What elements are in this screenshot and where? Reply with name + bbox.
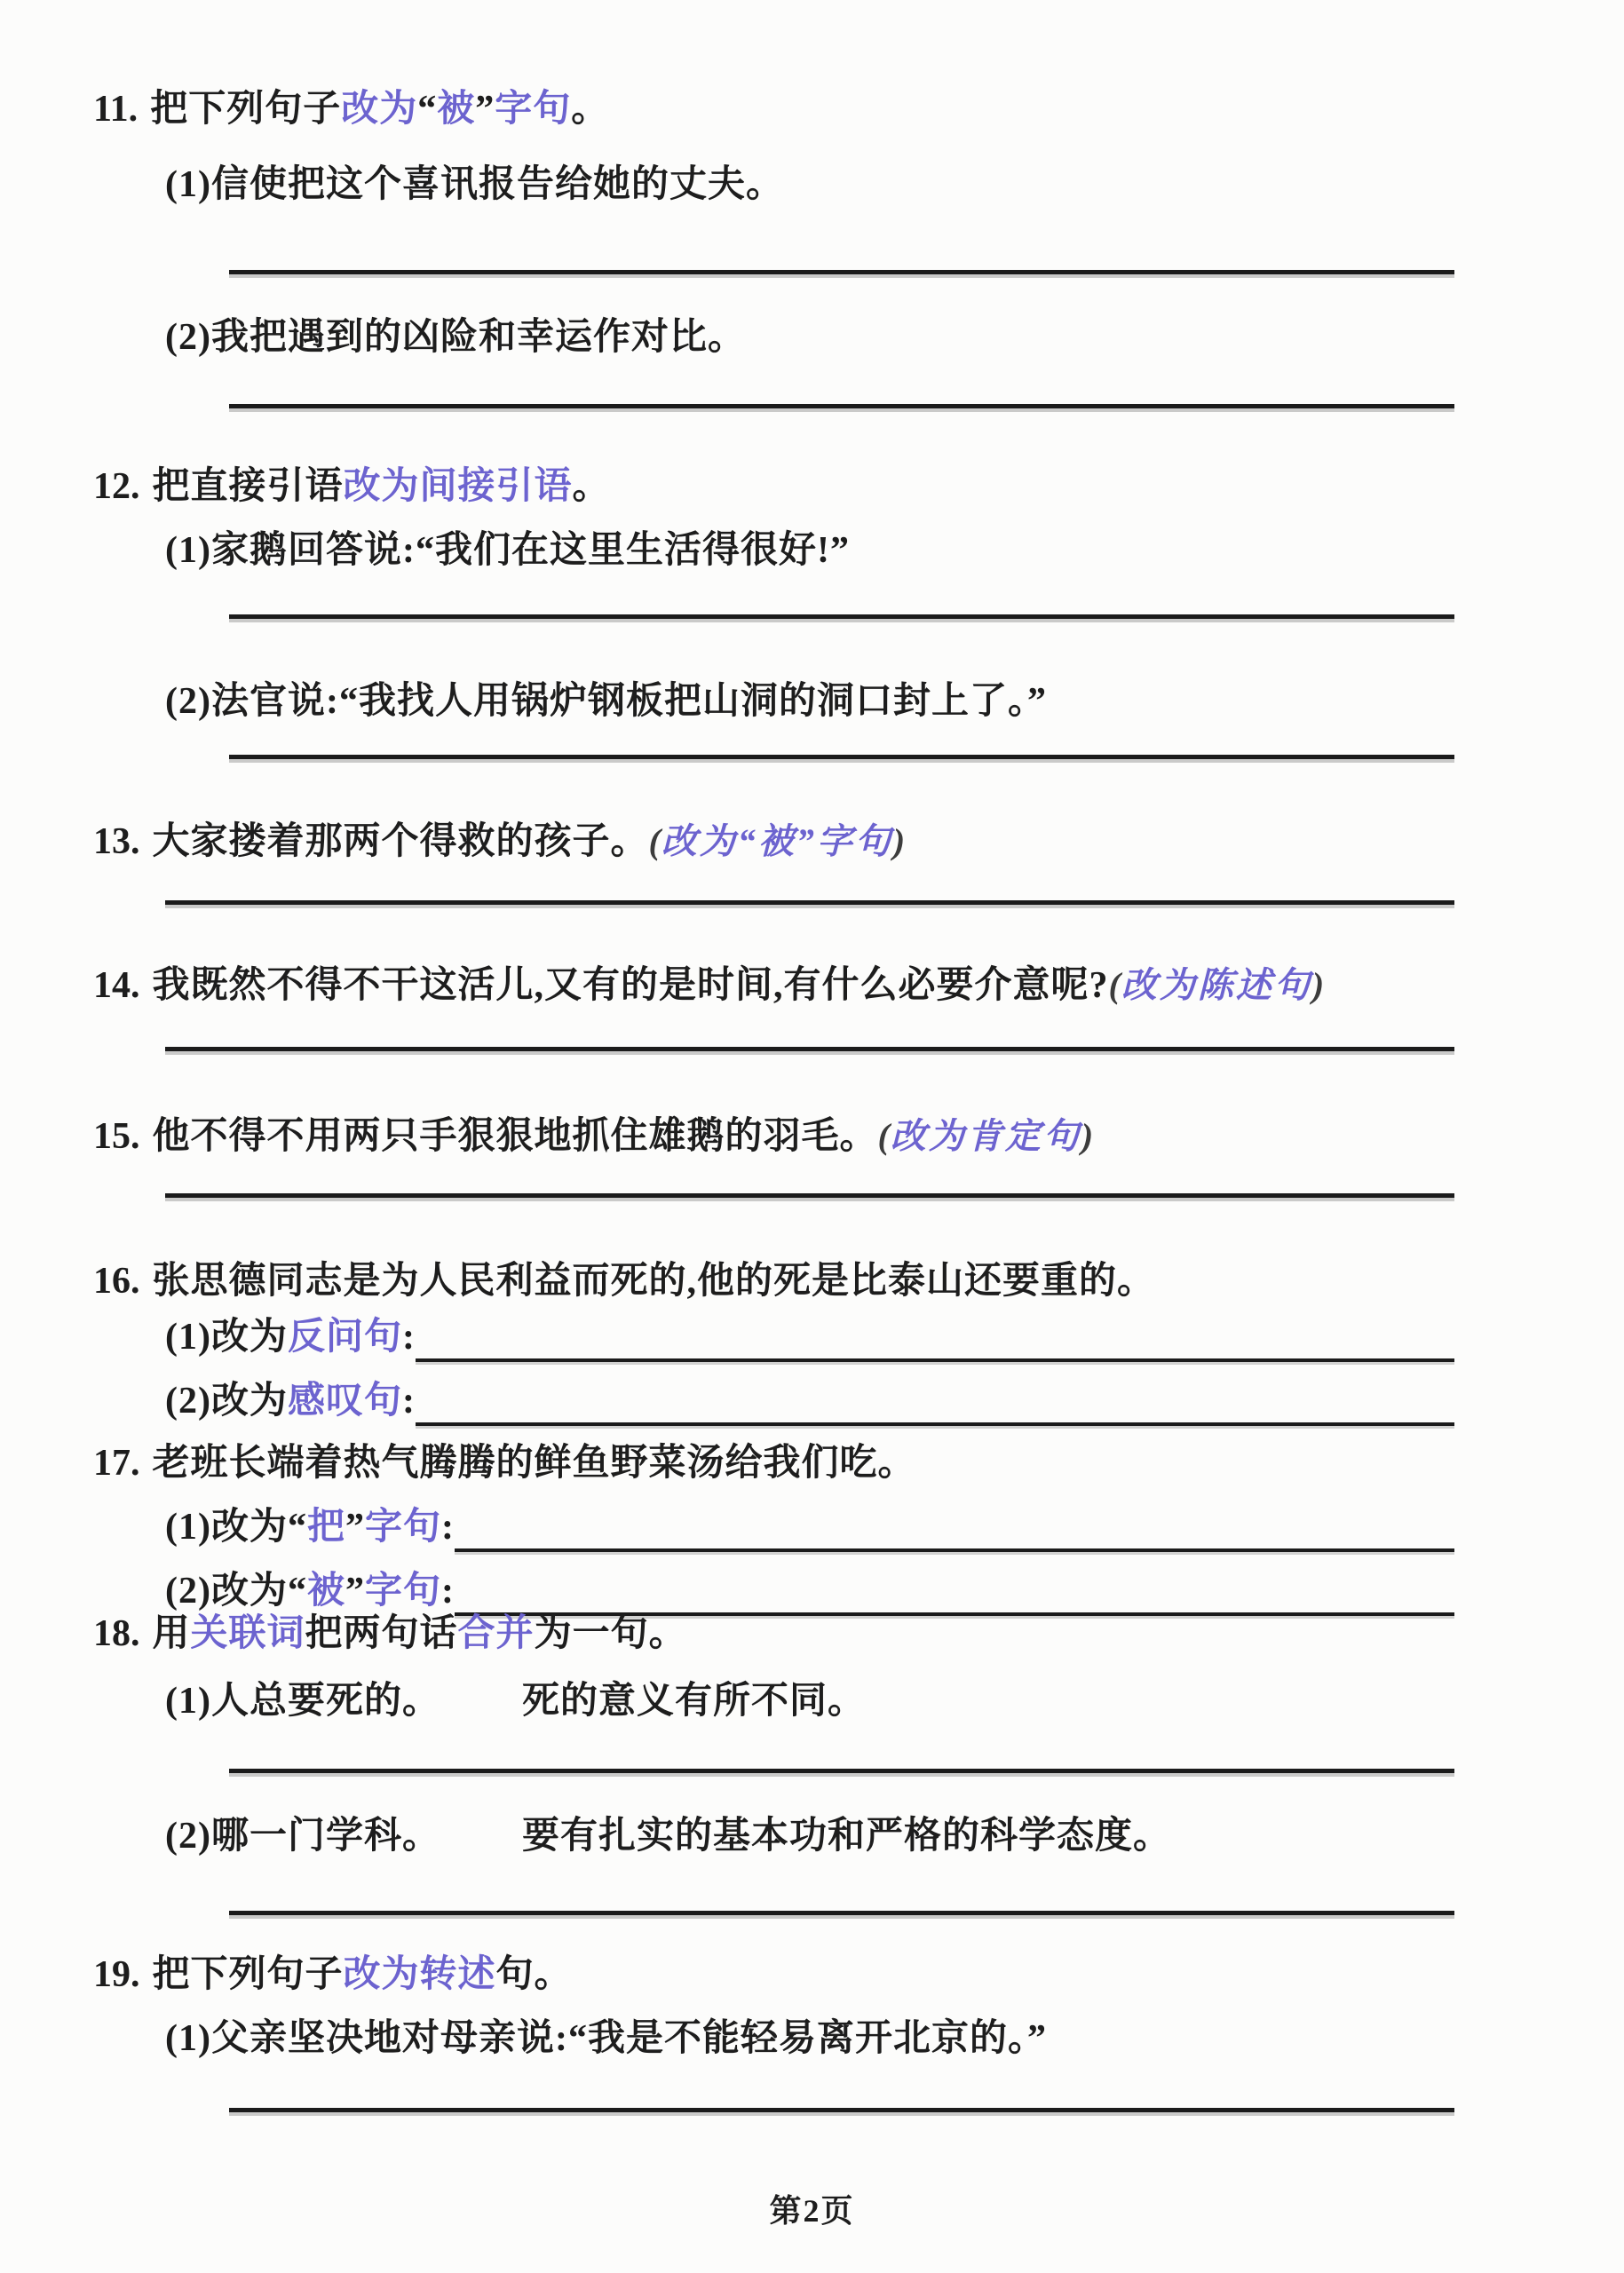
text-segment: 。: [571, 89, 609, 130]
hint-text: 改为肯定句: [891, 1116, 1081, 1156]
text-segment: 把下列句子: [150, 89, 341, 130]
question-13: 13. 大家搂着那两个得救的孩子。(改为“被”字句): [93, 817, 906, 867]
question-15: 15. 他不得不用两只手狠狠地抓住雄鹅的羽毛。(改为肯定句): [93, 1112, 1094, 1161]
text-segment-highlight: 合并: [458, 1613, 535, 1654]
question-17-number: 17.: [93, 1438, 140, 1488]
question-16-number: 16.: [93, 1256, 140, 1306]
question-15-text: 他不得不用两只手狠狠地抓住雄鹅的羽毛。(改为肯定句): [153, 1112, 1095, 1161]
question-13-number: 13.: [93, 817, 140, 867]
question-16-text: 张思德同志是为人民利益而死的,他的死是比泰山还要重的。: [153, 1256, 1156, 1306]
text-segment: 把两句话: [305, 1613, 458, 1654]
subitem-11-2: (2)我把遇到的凶险和幸运作对比。: [165, 313, 746, 362]
subitem-text: (1)信使把这个喜讯报告给她的丈夫。: [165, 164, 784, 205]
question-16: 16. 张思德同志是为人民利益而死的,他的死是比泰山还要重的。: [93, 1256, 1155, 1306]
answer-line: [229, 755, 1454, 759]
text-segment-highlight: 被: [437, 89, 475, 130]
answer-line: [165, 1193, 1454, 1198]
hint-text: 改为陈述句: [1121, 965, 1312, 1005]
subitem-18-2: (2)哪一门学科。要有扎实的基本功和严格的科学态度。: [165, 1811, 1171, 1861]
subitem-label: (1)改为“: [165, 1502, 307, 1552]
question-11: 11. 把下列句子改为“被”字句。: [93, 84, 609, 134]
text-segment-highlight: 字句: [495, 89, 571, 130]
text-segment: 把下列句子: [153, 1954, 344, 1995]
hint-paren: ): [1312, 965, 1325, 1005]
blank-underline: [416, 1319, 1454, 1362]
question-13-text: 大家搂着那两个得救的孩子。(改为“被”字句): [153, 817, 907, 867]
subitem-label: (2)改为: [165, 1376, 288, 1426]
question-12: 12. 把直接引语改为间接引语。: [93, 462, 611, 511]
subitem-16-1: (1)改为反问句:: [165, 1312, 1454, 1362]
question-14: 14. 我既然不得不干这活儿,又有的是时间,有什么必要介意呢?(改为陈述句): [93, 961, 1325, 1010]
answer-line: [229, 614, 1454, 619]
text-segment: 。: [573, 466, 611, 507]
subitem-text: (2)我把遇到的凶险和幸运作对比。: [165, 317, 746, 358]
question-17-text: 老班长端着热气腾腾的鲜鱼野菜汤给我们吃。: [153, 1438, 916, 1488]
blank-underline: [416, 1383, 1454, 1426]
subitem-19-1: (1)父亲坚决地对母亲说:“我是不能轻易离开北京的。”: [165, 2014, 1047, 2063]
question-18: 18. 用关联词把两句话合并为一句。: [93, 1609, 687, 1659]
text-segment-highlight: 反问句: [288, 1312, 402, 1362]
hint-paren: (: [1109, 965, 1121, 1005]
question-12-text: 把直接引语改为间接引语。: [153, 462, 611, 511]
text-segment: 我既然不得不干这活儿,又有的是时间,有什么必要介意呢?: [153, 965, 1109, 1006]
question-17: 17. 老班长端着热气腾腾的鲜鱼野菜汤给我们吃。: [93, 1438, 916, 1488]
text-segment: 用: [153, 1613, 191, 1654]
answer-line: [229, 1911, 1454, 1915]
text-segment: :: [441, 1502, 455, 1552]
text-segment: ”: [475, 89, 495, 130]
question-18-number: 18.: [93, 1609, 140, 1659]
question-19: 19. 把下列句子改为转述句。: [93, 1950, 573, 2000]
subitem-label: (1)改为: [165, 1312, 288, 1362]
text-segment: “: [417, 89, 437, 130]
text-segment: 为一句。: [535, 1613, 687, 1654]
subitem-text: 要有扎实的基本功和严格的科学态度。: [522, 1816, 1171, 1857]
question-12-number: 12.: [93, 462, 140, 511]
text-segment-highlight: 把: [307, 1502, 345, 1552]
subitem-16-2: (2)改为感叹句:: [165, 1376, 1454, 1426]
text-segment: ”: [345, 1502, 365, 1552]
answer-line: [165, 1047, 1454, 1051]
text-segment-highlight: 字句: [365, 1502, 441, 1552]
subitem-text: (2)哪一门学科。: [165, 1816, 440, 1857]
question-11-number: 11.: [93, 84, 138, 134]
hint-paren: ): [1081, 1116, 1094, 1156]
subitem-18-1: (1)人总要死的。死的意义有所不同。: [165, 1676, 866, 1726]
text-segment-highlight: 改为: [341, 89, 417, 130]
subitem-11-1: (1)信使把这个喜讯报告给她的丈夫。: [165, 160, 784, 210]
answer-line: [229, 270, 1454, 274]
text-segment-highlight: 感叹句: [288, 1376, 402, 1426]
subitem-text: (2)法官说:“我找人用锅炉钢板把山洞的洞口封上了。”: [165, 681, 1047, 722]
text-segment-highlight: 改为转述: [344, 1954, 496, 1995]
question-18-text: 用关联词把两句话合并为一句。: [153, 1609, 687, 1659]
text-segment-highlight: 关联词: [191, 1613, 305, 1654]
subitem-text: 死的意义有所不同。: [522, 1681, 866, 1722]
subitem-12-2: (2)法官说:“我找人用锅炉钢板把山洞的洞口封上了。”: [165, 677, 1047, 726]
subitem-12-1: (1)家鹅回答说:“我们在这里生活得很好!”: [165, 526, 850, 575]
subitem-text: (1)家鹅回答说:“我们在这里生活得很好!”: [165, 530, 850, 571]
text-segment: 把直接引语: [153, 466, 344, 507]
answer-line: [165, 900, 1454, 905]
answer-line: [229, 1769, 1454, 1773]
question-15-number: 15.: [93, 1112, 140, 1161]
text-segment: 句。: [496, 1954, 573, 1995]
worksheet-page: 11. 把下列句子改为“被”字句。 (1)信使把这个喜讯报告给她的丈夫。 (2)…: [0, 0, 1624, 2273]
subitem-text: (1)人总要死的。: [165, 1681, 440, 1722]
hint-paren: ): [893, 821, 906, 861]
answer-line: [229, 2108, 1454, 2112]
text-segment: :: [402, 1312, 416, 1362]
question-11-text: 把下列句子改为“被”字句。: [150, 84, 609, 134]
subitem-text: (1)父亲坚决地对母亲说:“我是不能轻易离开北京的。”: [165, 2018, 1047, 2059]
hint-text: 改为“被”字句: [661, 821, 893, 861]
question-14-number: 14.: [93, 961, 140, 1010]
text-segment: 大家搂着那两个得救的孩子。: [153, 821, 649, 862]
text-segment-highlight: 改为间接引语: [344, 466, 573, 507]
question-19-number: 19.: [93, 1950, 140, 2000]
page-number: 第2页: [0, 2186, 1624, 2231]
hint-paren: (: [649, 821, 661, 861]
question-19-text: 把下列句子改为转述句。: [153, 1950, 573, 2000]
text-segment: 他不得不用两只手狠狠地抓住雄鹅的羽毛。: [153, 1116, 878, 1157]
hint-paren: (: [878, 1116, 891, 1156]
question-14-text: 我既然不得不干这活儿,又有的是时间,有什么必要介意呢?(改为陈述句): [153, 961, 1326, 1010]
text-segment: :: [402, 1376, 416, 1426]
answer-line: [229, 404, 1454, 408]
subitem-17-1: (1)改为“把”字句:: [165, 1502, 1454, 1552]
blank-underline: [455, 1509, 1454, 1552]
